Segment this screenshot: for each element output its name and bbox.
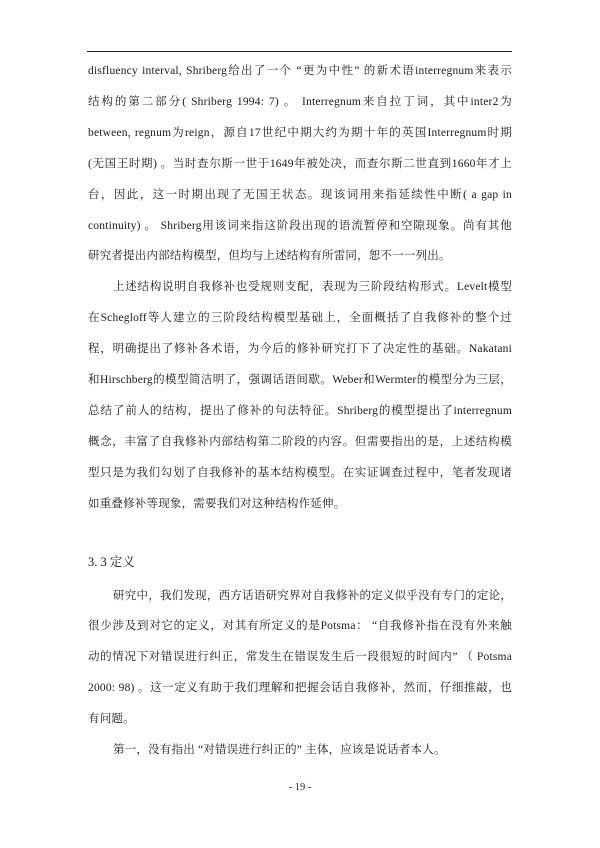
header-rule — [87, 51, 512, 52]
text-line: 总结了前人的结构，提出了修补的句法特征。Shriberg的模型提出了interr… — [88, 396, 512, 427]
paragraph: 研究中，我们发现，西方话语研究界对自我修补的定义似乎没有专门的定论，很少涉及到对… — [88, 581, 512, 736]
text-line: 有问题。 — [88, 704, 512, 735]
text-line: 很少涉及到对它的定义，对其有所定义的是Potsma： “自我修补指在没有外来触 — [88, 611, 512, 642]
paragraph: 上述结构说明自我修补也受规则支配，表现为三阶段结构形式。Levelt模型在Sch… — [88, 272, 512, 519]
paragraph: 第一，没有指出 “对错误进行纠正的” 主体，应该是说话者本人。 — [88, 735, 512, 766]
text-line: 结构的第二部分( Shriberg 1994: 7) 。 Interregnum… — [88, 87, 512, 118]
text-line: (无国王时期) 。当时查尔斯一世于1649年被处决，而查尔斯二世直到1660年才… — [88, 149, 512, 180]
page-number: - 19 - — [0, 782, 600, 793]
text-line: disfluency interval, Shriberg给出了一个 “更为中性… — [88, 56, 512, 87]
text-line: between, regnum为reign，源自17世纪中期大约为期十年的英国I… — [88, 118, 512, 149]
text-line: 2000: 98) 。这一定义有助于我们理解和把握会话自我修补，然而，仔细推敲，… — [88, 673, 512, 704]
text-line: 型只是为我们勾划了自我修补的基本结构模型。在实证调查过程中，笔者发现诸 — [88, 458, 512, 489]
text-line: 上述结构说明自我修补也受规则支配，表现为三阶段结构形式。Levelt模型 — [88, 272, 512, 303]
text-line: 和Hirschberg的模型简洁明了，强调话语间歇。Weber和Wermter的… — [88, 365, 512, 396]
text-line: 动的情况下对错误进行纠正，常发生在错误发生后一段很短的时间内” （ Potsma — [88, 642, 512, 673]
paragraph: disfluency interval, Shriberg给出了一个 “更为中性… — [88, 56, 512, 272]
text-line: 程，明确提出了修补各术语，为今后的修补研究打下了决定性的基础。Nakatani — [88, 334, 512, 365]
text-line: 概念，丰富了自我修补内部结构第二阶段的内容。但需要指出的是，上述结构模 — [88, 427, 512, 458]
section-heading: 3. 3 定义 — [88, 547, 512, 578]
text-line: continuity) 。 Shriberg用该词来指这阶段出现的语流暂停和空隙… — [88, 211, 512, 242]
text-line: 台，因此，这一时期出现了无国王状态。现该词用来指延续性中断( a gap in — [88, 180, 512, 211]
text-line: 在Schegloff等人建立的三阶段结构模型基础上，全面概括了自我修补的整个过 — [88, 303, 512, 334]
document-page: disfluency interval, Shriberg给出了一个 “更为中性… — [0, 0, 600, 848]
page-body: disfluency interval, Shriberg给出了一个 “更为中性… — [88, 56, 512, 766]
text-line: 研究中，我们发现，西方话语研究界对自我修补的定义似乎没有专门的定论， — [88, 581, 512, 612]
text-line: 研究者提出内部结构模型，但均与上述结构有所雷同，恕不一一列出。 — [88, 241, 512, 272]
text-line: 第一，没有指出 “对错误进行纠正的” 主体，应该是说话者本人。 — [88, 735, 512, 766]
text-line: 如重叠修补等现象，需要我们对这种结构作延伸。 — [88, 489, 512, 520]
